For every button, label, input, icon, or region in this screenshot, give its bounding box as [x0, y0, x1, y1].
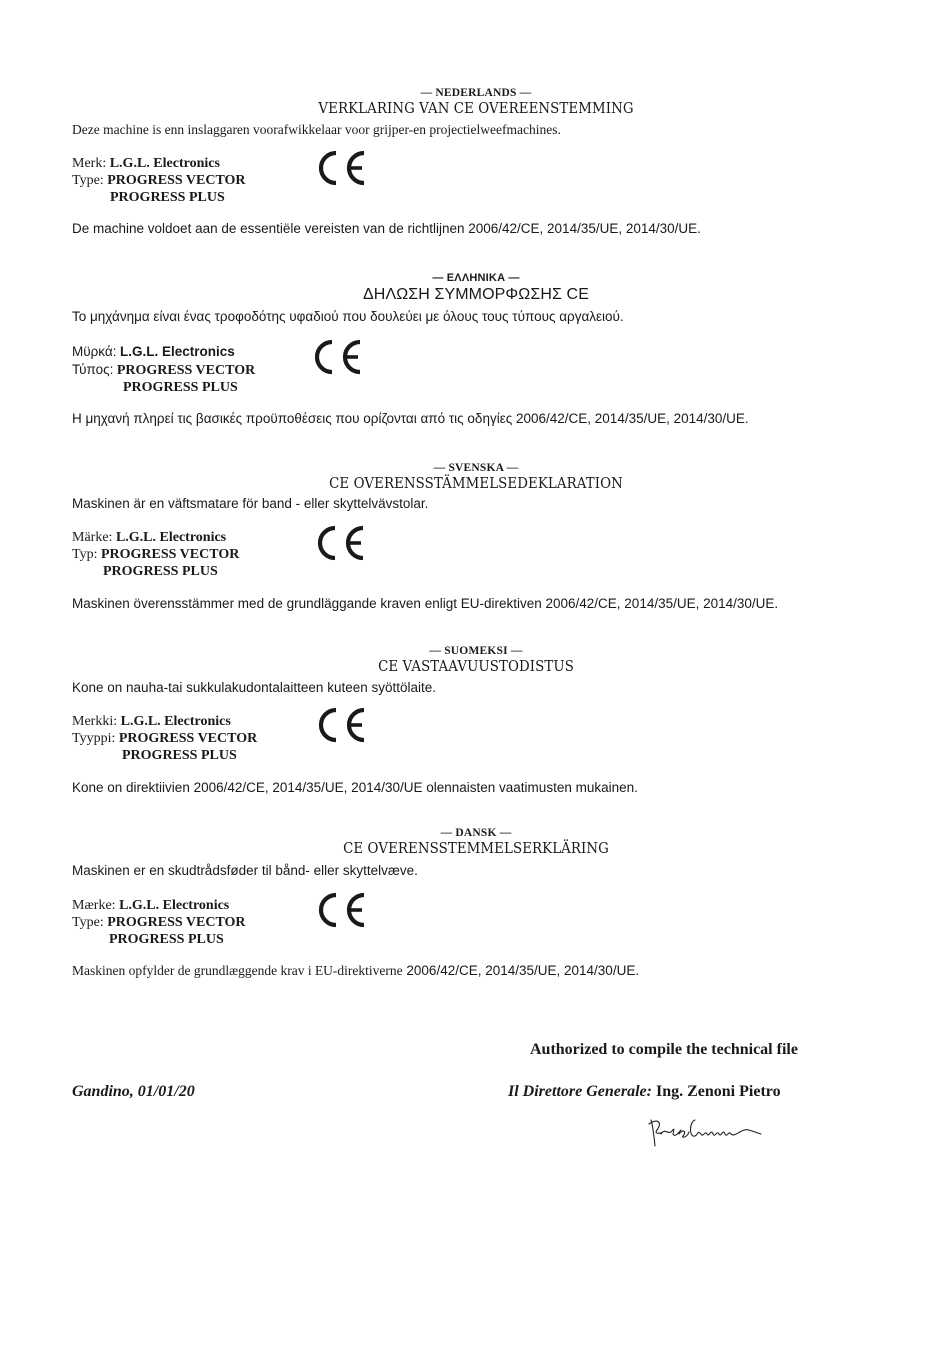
- declaration-title: CE VASTAAVUUSTODISTUS: [104, 659, 847, 675]
- type-value: PROGRESS PLUS: [122, 748, 237, 763]
- director-line: Il Direttore Generale: Ing. Zenoni Pietr…: [508, 1083, 781, 1101]
- brand-label: Μϋρκά:: [72, 344, 116, 359]
- conformity-statement: Kone on direktiivien 2006/42/CE, 2014/35…: [72, 780, 638, 795]
- ce-mark-icon: [316, 149, 368, 187]
- ce-mark-icon: [316, 891, 368, 929]
- type-label: Typ:: [72, 547, 97, 562]
- machine-description: Kone on nauha-tai sukkulakudontalaitteen…: [72, 680, 436, 695]
- declaration-title: VERKLARING VAN CE OVEREENSTEMMING: [104, 101, 847, 117]
- authorized-statement: Authorized to compile the technical file: [530, 1041, 798, 1059]
- product-specs: Märke: L.G.L. Electronics Typ: PROGRESS …: [72, 529, 239, 580]
- product-specs: Mærke: L.G.L. Electronics Type: PROGRESS…: [72, 897, 246, 948]
- conformity-statement: Maskinen opfylder de grundlæggende krav …: [72, 963, 639, 979]
- declaration-page: — NEDERLANDS — VERKLARING VAN CE OVEREEN…: [0, 0, 950, 1360]
- type-value: PROGRESS VECTOR: [101, 547, 239, 562]
- declaration-title: CE OVERENSSTÄMMELSEDEKLARATION: [104, 476, 847, 492]
- type-value: PROGRESS VECTOR: [117, 363, 255, 378]
- conformity-text: Maskinen opfylder de grundlæggende krav …: [72, 963, 403, 978]
- brand-label: Merk:: [72, 156, 106, 171]
- language-heading: — NEDERLANDS —: [72, 87, 880, 99]
- place-date: Gandino, 01/01/20: [72, 1083, 195, 1101]
- type-value: PROGRESS VECTOR: [107, 173, 245, 188]
- brand-value: L.G.L. Electronics: [121, 714, 231, 729]
- type-value: PROGRESS PLUS: [109, 932, 224, 947]
- conformity-statement: Η μηχανή πληρεί τις βασικές προϋποθέσεις…: [72, 411, 749, 426]
- ce-mark-icon: [316, 706, 368, 744]
- product-specs: Merkki: L.G.L. Electronics Tyyppi: PROGR…: [72, 713, 257, 764]
- brand-value: L.G.L. Electronics: [116, 530, 226, 545]
- type-label: Type:: [72, 915, 104, 930]
- ce-mark-icon: [312, 338, 364, 376]
- conformity-directives: 2006/42/CE, 2014/35/UE, 2014/30/UE.: [403, 963, 639, 978]
- type-value: PROGRESS PLUS: [123, 380, 238, 395]
- type-label: Τύπος:: [72, 362, 113, 377]
- language-heading: — ΕΛΛΗΝΙΚΑ —: [72, 272, 880, 284]
- brand-label: Märke:: [72, 530, 112, 545]
- language-heading: — SUOMEKSI —: [72, 645, 880, 657]
- signature-icon: [645, 1112, 765, 1152]
- declaration-title: CE OVERENSSTEMMELSERKLÄRING: [104, 841, 847, 857]
- conformity-statement: Maskinen överensstämmer med de grundlägg…: [72, 596, 778, 611]
- brand-label: Mærke:: [72, 898, 116, 913]
- machine-description: Maskinen er en skudtrådsføder til bånd- …: [72, 863, 418, 878]
- machine-description: Maskinen är en väftsmatare för band - el…: [72, 496, 428, 511]
- language-heading: — DANSK —: [72, 827, 880, 839]
- ce-mark-icon: [315, 524, 367, 562]
- product-specs: Μϋρκά: L.G.L. Electronics Τύπος: PROGRES…: [72, 343, 255, 396]
- machine-description: Deze machine is enn inslaggaren voorafwi…: [72, 122, 561, 138]
- language-heading: — SVENSKA —: [72, 462, 880, 474]
- type-label: Type:: [72, 173, 104, 188]
- brand-value: L.G.L. Electronics: [120, 344, 235, 359]
- type-value: PROGRESS VECTOR: [119, 731, 257, 746]
- director-name: Ing. Zenoni Pietro: [652, 1083, 781, 1100]
- type-value: PROGRESS PLUS: [110, 190, 225, 205]
- declaration-title: ΔΗΛΩΣΗ ΣΥΜΜΟΡΦΩΣΗΣ CE: [72, 286, 880, 304]
- director-title: Il Direttore Generale:: [508, 1083, 652, 1100]
- type-value: PROGRESS VECTOR: [107, 915, 245, 930]
- product-specs: Merk: L.G.L. Electronics Type: PROGRESS …: [72, 155, 246, 206]
- brand-value: L.G.L. Electronics: [119, 898, 229, 913]
- brand-value: L.G.L. Electronics: [110, 156, 220, 171]
- type-label: Tyyppi:: [72, 731, 115, 746]
- brand-label: Merkki:: [72, 714, 117, 729]
- machine-description: Το μηχάνημα είναι ένας τροφοδότης υφαδιο…: [72, 309, 624, 324]
- conformity-statement: De machine voldoet aan de essentiële ver…: [72, 221, 701, 236]
- type-value: PROGRESS PLUS: [103, 564, 218, 579]
